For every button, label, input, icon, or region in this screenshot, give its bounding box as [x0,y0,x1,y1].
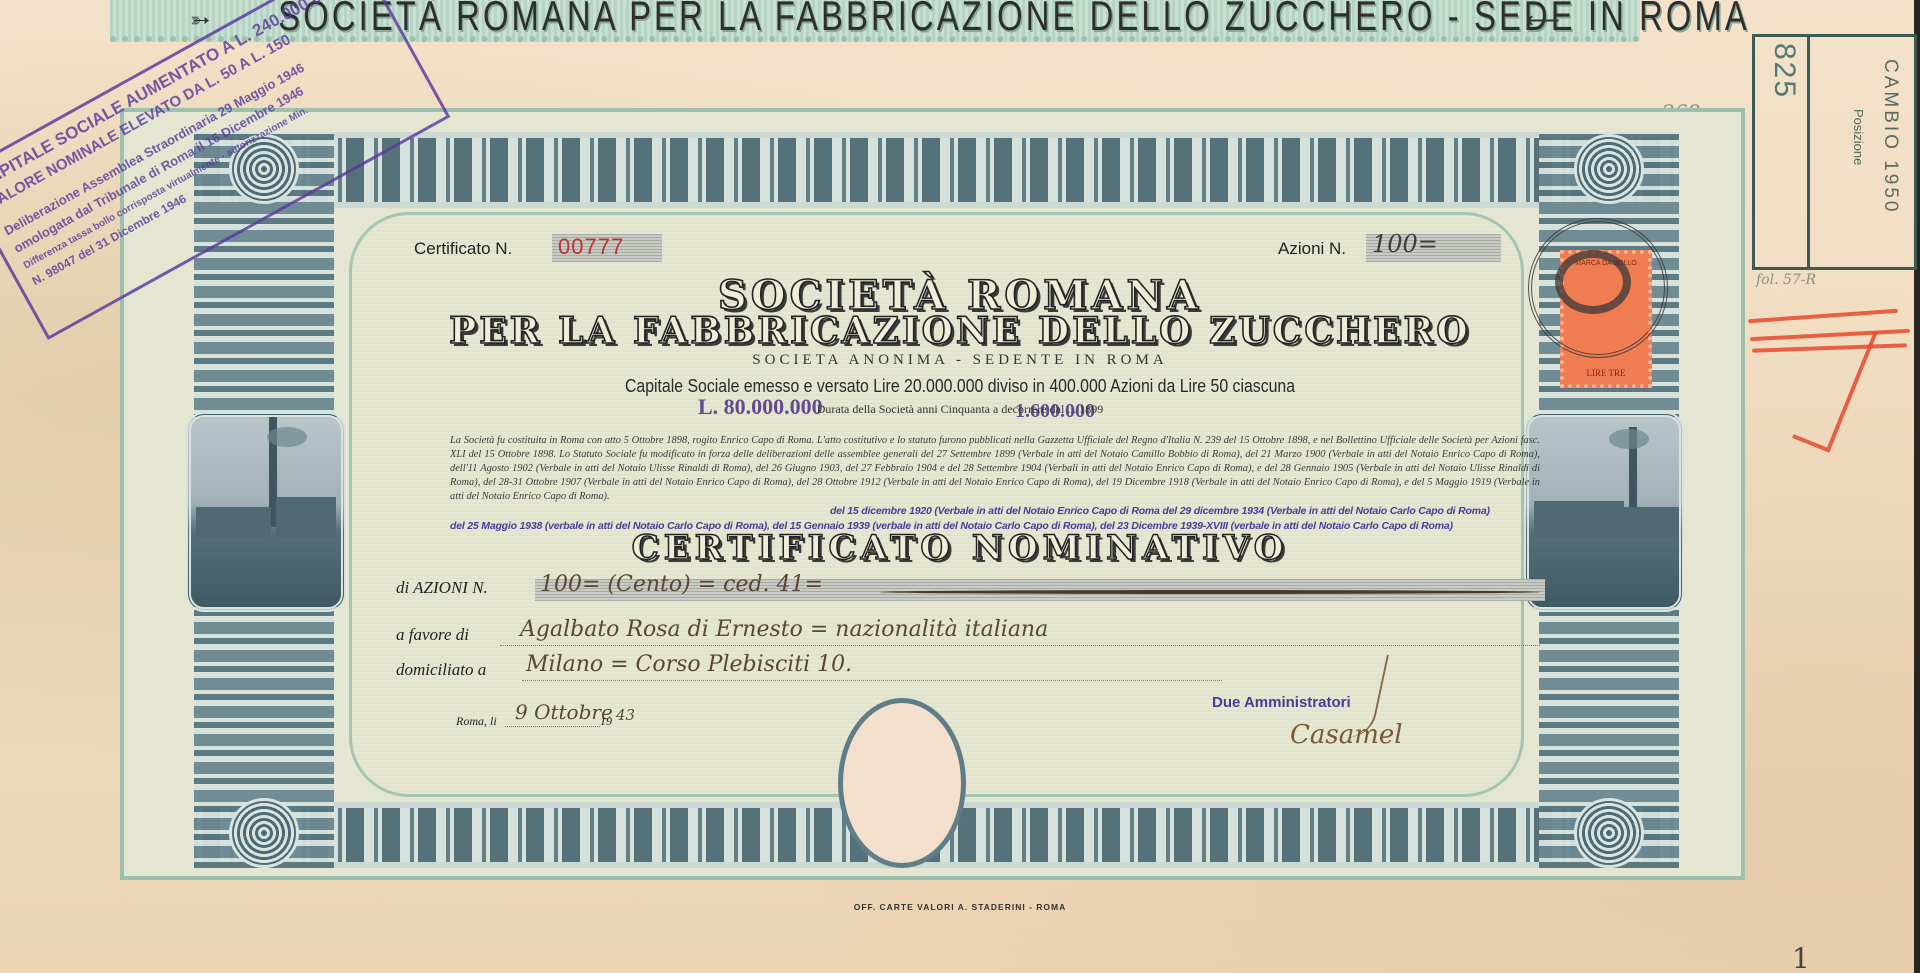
ornamental-border-top [194,132,1679,208]
rosette-ornament-icon [229,798,299,868]
archive-number: 825 [1767,43,1801,99]
certificate-number: 00777 [558,234,624,260]
domicile-row-label: domiciliato a [396,660,486,680]
postmark-center [1555,250,1631,314]
domicile-row-value: Milano = Corso Plebisciti 10. [526,652,852,677]
year-prefix: 19 [600,714,612,729]
printer-credit: OFF. CARTE VALORI A. STADERINI - ROMA [0,902,1920,912]
place-label: Roma, li [456,714,497,729]
date-value: 9 Ottobre [515,700,613,724]
bottom-mark: 1 [1792,942,1810,973]
holder-row-value: Agalbato Rosa di Ernesto = nazionalità i… [520,617,1048,642]
administrators-stamp: Due Amministratori [1212,694,1351,711]
holder-row-line [500,645,1540,646]
duration-statement: Durata della Società anni Cinquanta a de… [0,402,1920,417]
rosette-ornament-icon [1574,134,1644,204]
domicile-row-line [522,680,1222,681]
pencil-note: fol. 57-R [1756,272,1816,288]
arrow-ornament-icon: ➳ [190,6,210,35]
cambio-stamp: CAMBIO 1950 [1879,59,1901,215]
shares-number-label: Azioni N. [1278,239,1346,259]
nominative-title: CERTIFICATO NOMINATIVO [0,528,1920,568]
smoke-icon [1609,429,1649,449]
box-divider [1807,37,1810,267]
holder-row-label: a favore di [396,625,469,645]
legal-overprint-line1: del 15 dicembre 1920 (Verbale in atti de… [450,505,1540,517]
cancel-line [880,590,1540,594]
shares-row-value: 100= (Cento) = ced. 41= [540,572,823,597]
embossed-seal [838,698,966,868]
factory-vignette-right [1524,412,1684,612]
arrow-ornament-icon: ⟵ [1526,6,1560,35]
administrator-signature: Casamel [1290,720,1403,750]
rosette-ornament-icon [1574,798,1644,868]
year-suffix: 43 [616,706,635,724]
position-label: Posizione [1851,109,1866,165]
date-line [505,726,600,727]
certificate-number-label: Certificato N. [414,239,512,259]
top-banner-text: SOCIETÀ ROMANA PER LA FABBRICAZIONE DELL… [278,0,1471,40]
factory-vignette-left [186,412,346,612]
archive-box: 825 Posizione CAMBIO 1950 [1752,34,1917,270]
capital-statement: Capitale Sociale emesso e versato Lire 2… [115,376,1805,397]
legal-history-text: La Società fu costituita in Roma con att… [450,434,1540,504]
shares-number: 100= [1372,230,1438,258]
shares-row-label: di AZIONI N. [396,578,488,598]
revenue-stamp-value: LIRE TRE [1564,368,1648,378]
smoke-icon [267,427,307,447]
